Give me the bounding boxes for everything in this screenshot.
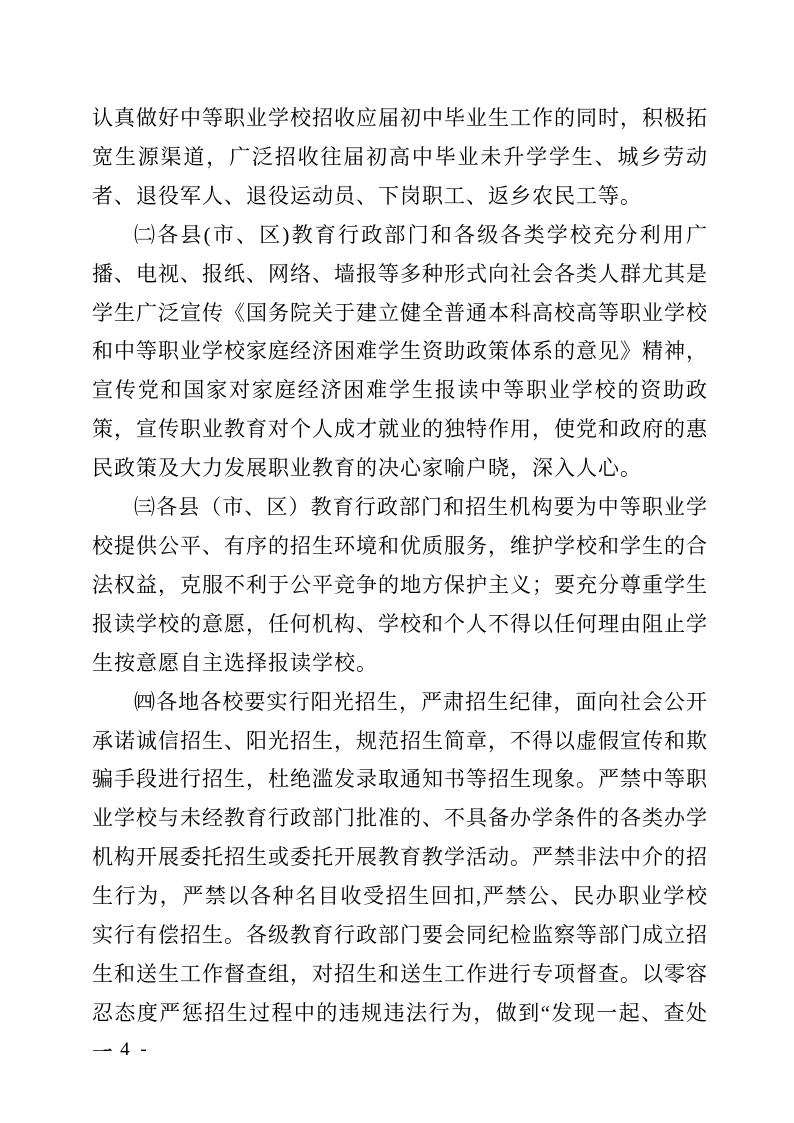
page-number: - 4 - (103, 1039, 150, 1061)
document-page: 认真做好中等职业学校招收应届初中毕业生工作的同时，积极拓宽生源渠道，广泛招收往届… (0, 0, 794, 1123)
body-paragraph: ㈣各地各校要实行阳光招生，严肃招生纪律，面向社会公开承诺诚信招生、阳光招生，规范… (92, 683, 708, 1072)
document-body: 认真做好中等职业学校招收应届初中毕业生工作的同时，积极拓宽生源渠道，广泛招收往届… (92, 99, 708, 1072)
body-paragraph: 认真做好中等职业学校招收应届初中毕业生工作的同时，积极拓宽生源渠道，广泛招收往届… (92, 99, 708, 216)
body-paragraph: ㈡各县(市、区)教育行政部门和各级各类学校充分利用广播、电视、报纸、网络、墙报等… (92, 216, 708, 488)
body-paragraph: ㈢各县（市、区）教育行政部门和招生机构要为中等职业学校提供公平、有序的招生环境和… (92, 488, 708, 683)
